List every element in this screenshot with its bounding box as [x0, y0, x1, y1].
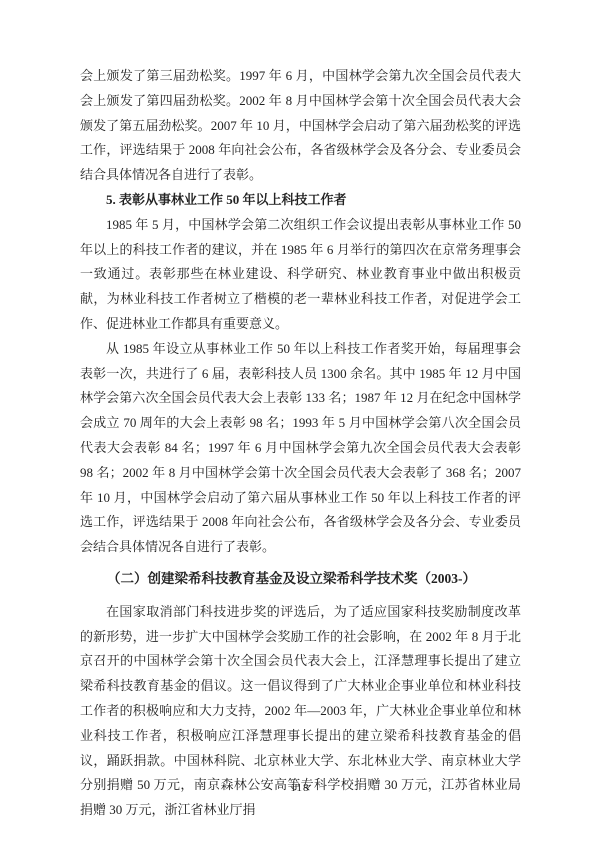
document-body: 会上颁发了第三届劲松奖。1997 年 6 月，中国林学会第九次全国会员代表大会上… [80, 64, 521, 823]
paragraph-jinsong-award-continuation: 会上颁发了第三届劲松奖。1997 年 6 月，中国林学会第九次全国会员代表大会上… [80, 64, 521, 188]
heading-lianxi-fund-and-award: （二）创建梁希科技教育基金及设立梁希科学技术奖（2003-） [80, 567, 521, 592]
document-page: 会上颁发了第三届劲松奖。1997 年 6 月，中国林学会第九次全国会员代表大会上… [0, 0, 600, 848]
page-number: 118 [0, 782, 600, 794]
paragraph-commendation-history: 从 1985 年设立从事林业工作 50 年以上科技工作者奖开始，每届理事会表彰一… [80, 337, 521, 560]
heading-commend-50-year-workers: 5. 表彰从事林业工作 50 年以上科技工作者 [80, 188, 521, 213]
paragraph-1985-proposal: 1985 年 5 月，中国林学会第二次组织工作会议提出表彰从事林业工作 50 年… [80, 213, 521, 337]
